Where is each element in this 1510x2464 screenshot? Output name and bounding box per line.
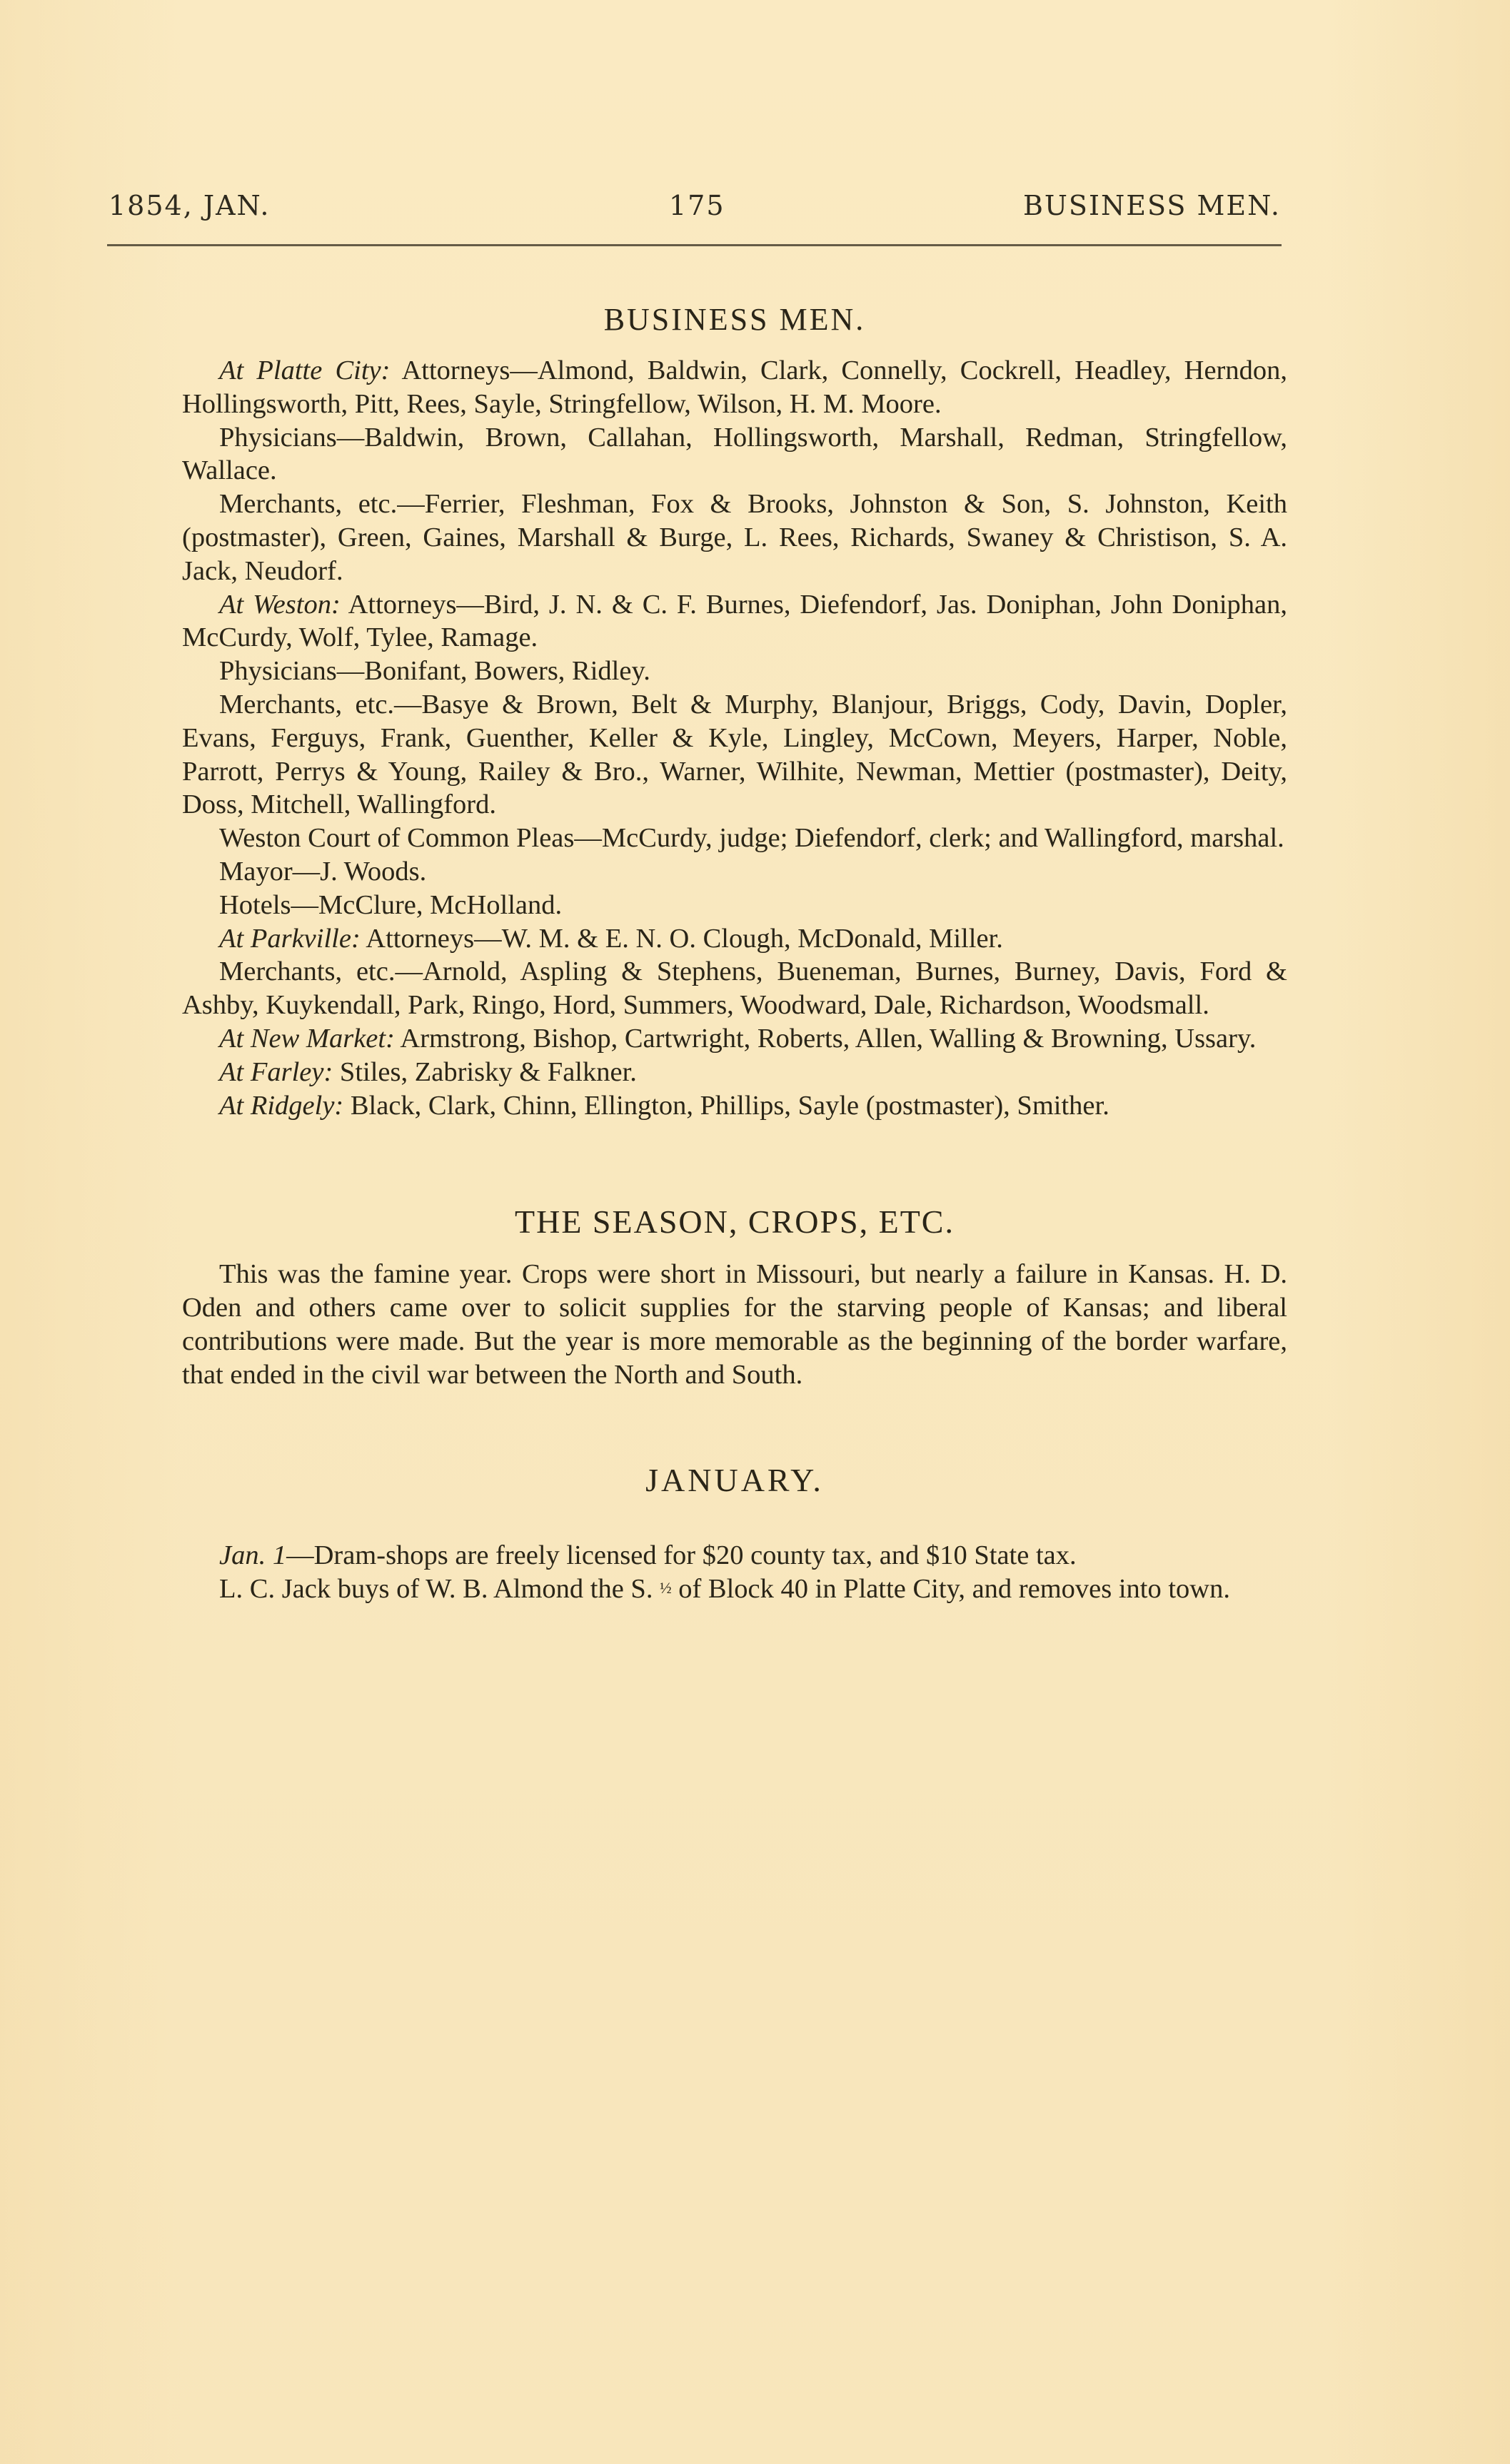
page-body: BUSINESS MEN. At Platte City: Attorneys—… bbox=[182, 300, 1287, 1606]
paragraph-text: This was the famine year. Crops were sho… bbox=[182, 1259, 1287, 1389]
place-name: At Ridgely: bbox=[219, 1091, 343, 1121]
section-title-business-men: BUSINESS MEN. bbox=[182, 300, 1287, 340]
paragraph-text: Attorneys—Bird, J. N. & C. F. Burnes, Di… bbox=[182, 590, 1287, 653]
paragraph-season: This was the famine year. Crops were sho… bbox=[182, 1258, 1287, 1391]
entry-text: of Block 40 in Platte City, and removes … bbox=[672, 1574, 1230, 1604]
paragraph-platte-city-merchants: Merchants, etc.—Ferrier, Fleshman, Fox &… bbox=[182, 488, 1287, 587]
paragraph-ridgely: At Ridgely: Black, Clark, Chinn, Ellingt… bbox=[182, 1089, 1287, 1123]
header-rule-divider bbox=[107, 244, 1282, 246]
place-name: At Weston: bbox=[219, 590, 341, 620]
entry-jan-1: Jan. 1—Dram-shops are freely licensed fo… bbox=[182, 1539, 1287, 1572]
paragraph-parkville-merchants: Merchants, etc.—Arnold, Aspling & Stephe… bbox=[182, 955, 1287, 1022]
entry-jack-almond: L. C. Jack buys of W. B. Almond the S. ½… bbox=[182, 1572, 1287, 1606]
paragraph-platte-city-physicians: Physicians—Baldwin, Brown, Callahan, Hol… bbox=[182, 421, 1287, 488]
paragraph-text: Hotels—McClure, McHolland. bbox=[219, 890, 562, 920]
paragraph-new-market: At New Market: Armstrong, Bishop, Cartwr… bbox=[182, 1022, 1287, 1056]
spacer bbox=[182, 1122, 1287, 1202]
paragraph-text: Weston Court of Common Pleas—McCurdy, ju… bbox=[219, 823, 1284, 853]
running-head-section: BUSINESS MEN. bbox=[1023, 190, 1281, 221]
paragraph-platte-city-attorneys: At Platte City: Attorneys—Almond, Baldwi… bbox=[182, 354, 1287, 421]
paragraph-parkville-attorneys: At Parkville: Attorneys—W. M. & E. N. O.… bbox=[182, 922, 1287, 956]
paragraph-text: Attorneys—W. M. & E. N. O. Clough, McDon… bbox=[361, 924, 1003, 954]
paragraph-text: Merchants, etc.—Ferrier, Fleshman, Fox &… bbox=[182, 489, 1287, 586]
paragraph-text: Armstrong, Bishop, Cartwright, Roberts, … bbox=[395, 1024, 1256, 1054]
place-name: At Platte City: bbox=[219, 355, 390, 385]
section-title-season: THE SEASON, CROPS, ETC. bbox=[182, 1202, 1287, 1242]
place-name: At Parkville: bbox=[219, 924, 361, 954]
paragraph-weston-attorneys: At Weston: Attorneys—Bird, J. N. & C. F.… bbox=[182, 588, 1287, 655]
spacer bbox=[182, 340, 1287, 354]
place-name: At Farley: bbox=[219, 1057, 333, 1087]
paragraph-text: Physicians—Baldwin, Brown, Callahan, Hol… bbox=[182, 423, 1287, 486]
paragraph-text: Stiles, Zabrisky & Falkner. bbox=[333, 1057, 637, 1087]
paragraph-weston-merchants: Merchants, etc.—Basye & Brown, Belt & Mu… bbox=[182, 688, 1287, 822]
running-head: 1854, JAN. 175 BUSINESS MEN. bbox=[109, 190, 1281, 233]
place-name: At New Market: bbox=[219, 1024, 395, 1054]
book-page: 1854, JAN. 175 BUSINESS MEN. BUSINESS ME… bbox=[0, 0, 1510, 2464]
paragraph-text: Merchants, etc.—Arnold, Aspling & Stephe… bbox=[182, 956, 1287, 1020]
entry-text: —Dram-shops are freely licensed for $20 … bbox=[286, 1540, 1077, 1570]
paragraph-weston-physicians: Physicians—Bonifant, Bowers, Ridley. bbox=[182, 655, 1287, 688]
page-number: 175 bbox=[669, 190, 725, 221]
section-title-january: JANUARY. bbox=[182, 1460, 1287, 1500]
paragraph-weston-court: Weston Court of Common Pleas—McCurdy, ju… bbox=[182, 822, 1287, 855]
paragraph-text: Black, Clark, Chinn, Ellington, Phillips… bbox=[343, 1091, 1109, 1121]
paragraph-weston-hotels: Hotels—McClure, McHolland. bbox=[182, 889, 1287, 922]
spacer bbox=[182, 1242, 1287, 1258]
paragraph-text: Merchants, etc.—Basye & Brown, Belt & Mu… bbox=[182, 690, 1287, 819]
paragraph-text: Mayor—J. Woods. bbox=[219, 857, 426, 887]
paragraph-text: Physicians—Bonifant, Bowers, Ridley. bbox=[219, 656, 650, 686]
paragraph-farley: At Farley: Stiles, Zabrisky & Falkner. bbox=[182, 1056, 1287, 1089]
paragraph-weston-mayor: Mayor—J. Woods. bbox=[182, 855, 1287, 889]
entry-text: L. C. Jack buys of W. B. Almond the S. bbox=[219, 1574, 660, 1604]
spacer bbox=[182, 1392, 1287, 1460]
entry-date: Jan. 1 bbox=[219, 1540, 286, 1570]
spacer bbox=[182, 1500, 1287, 1539]
running-head-date: 1854, JAN. bbox=[109, 190, 270, 221]
fraction-half: ½ bbox=[660, 1579, 672, 1597]
